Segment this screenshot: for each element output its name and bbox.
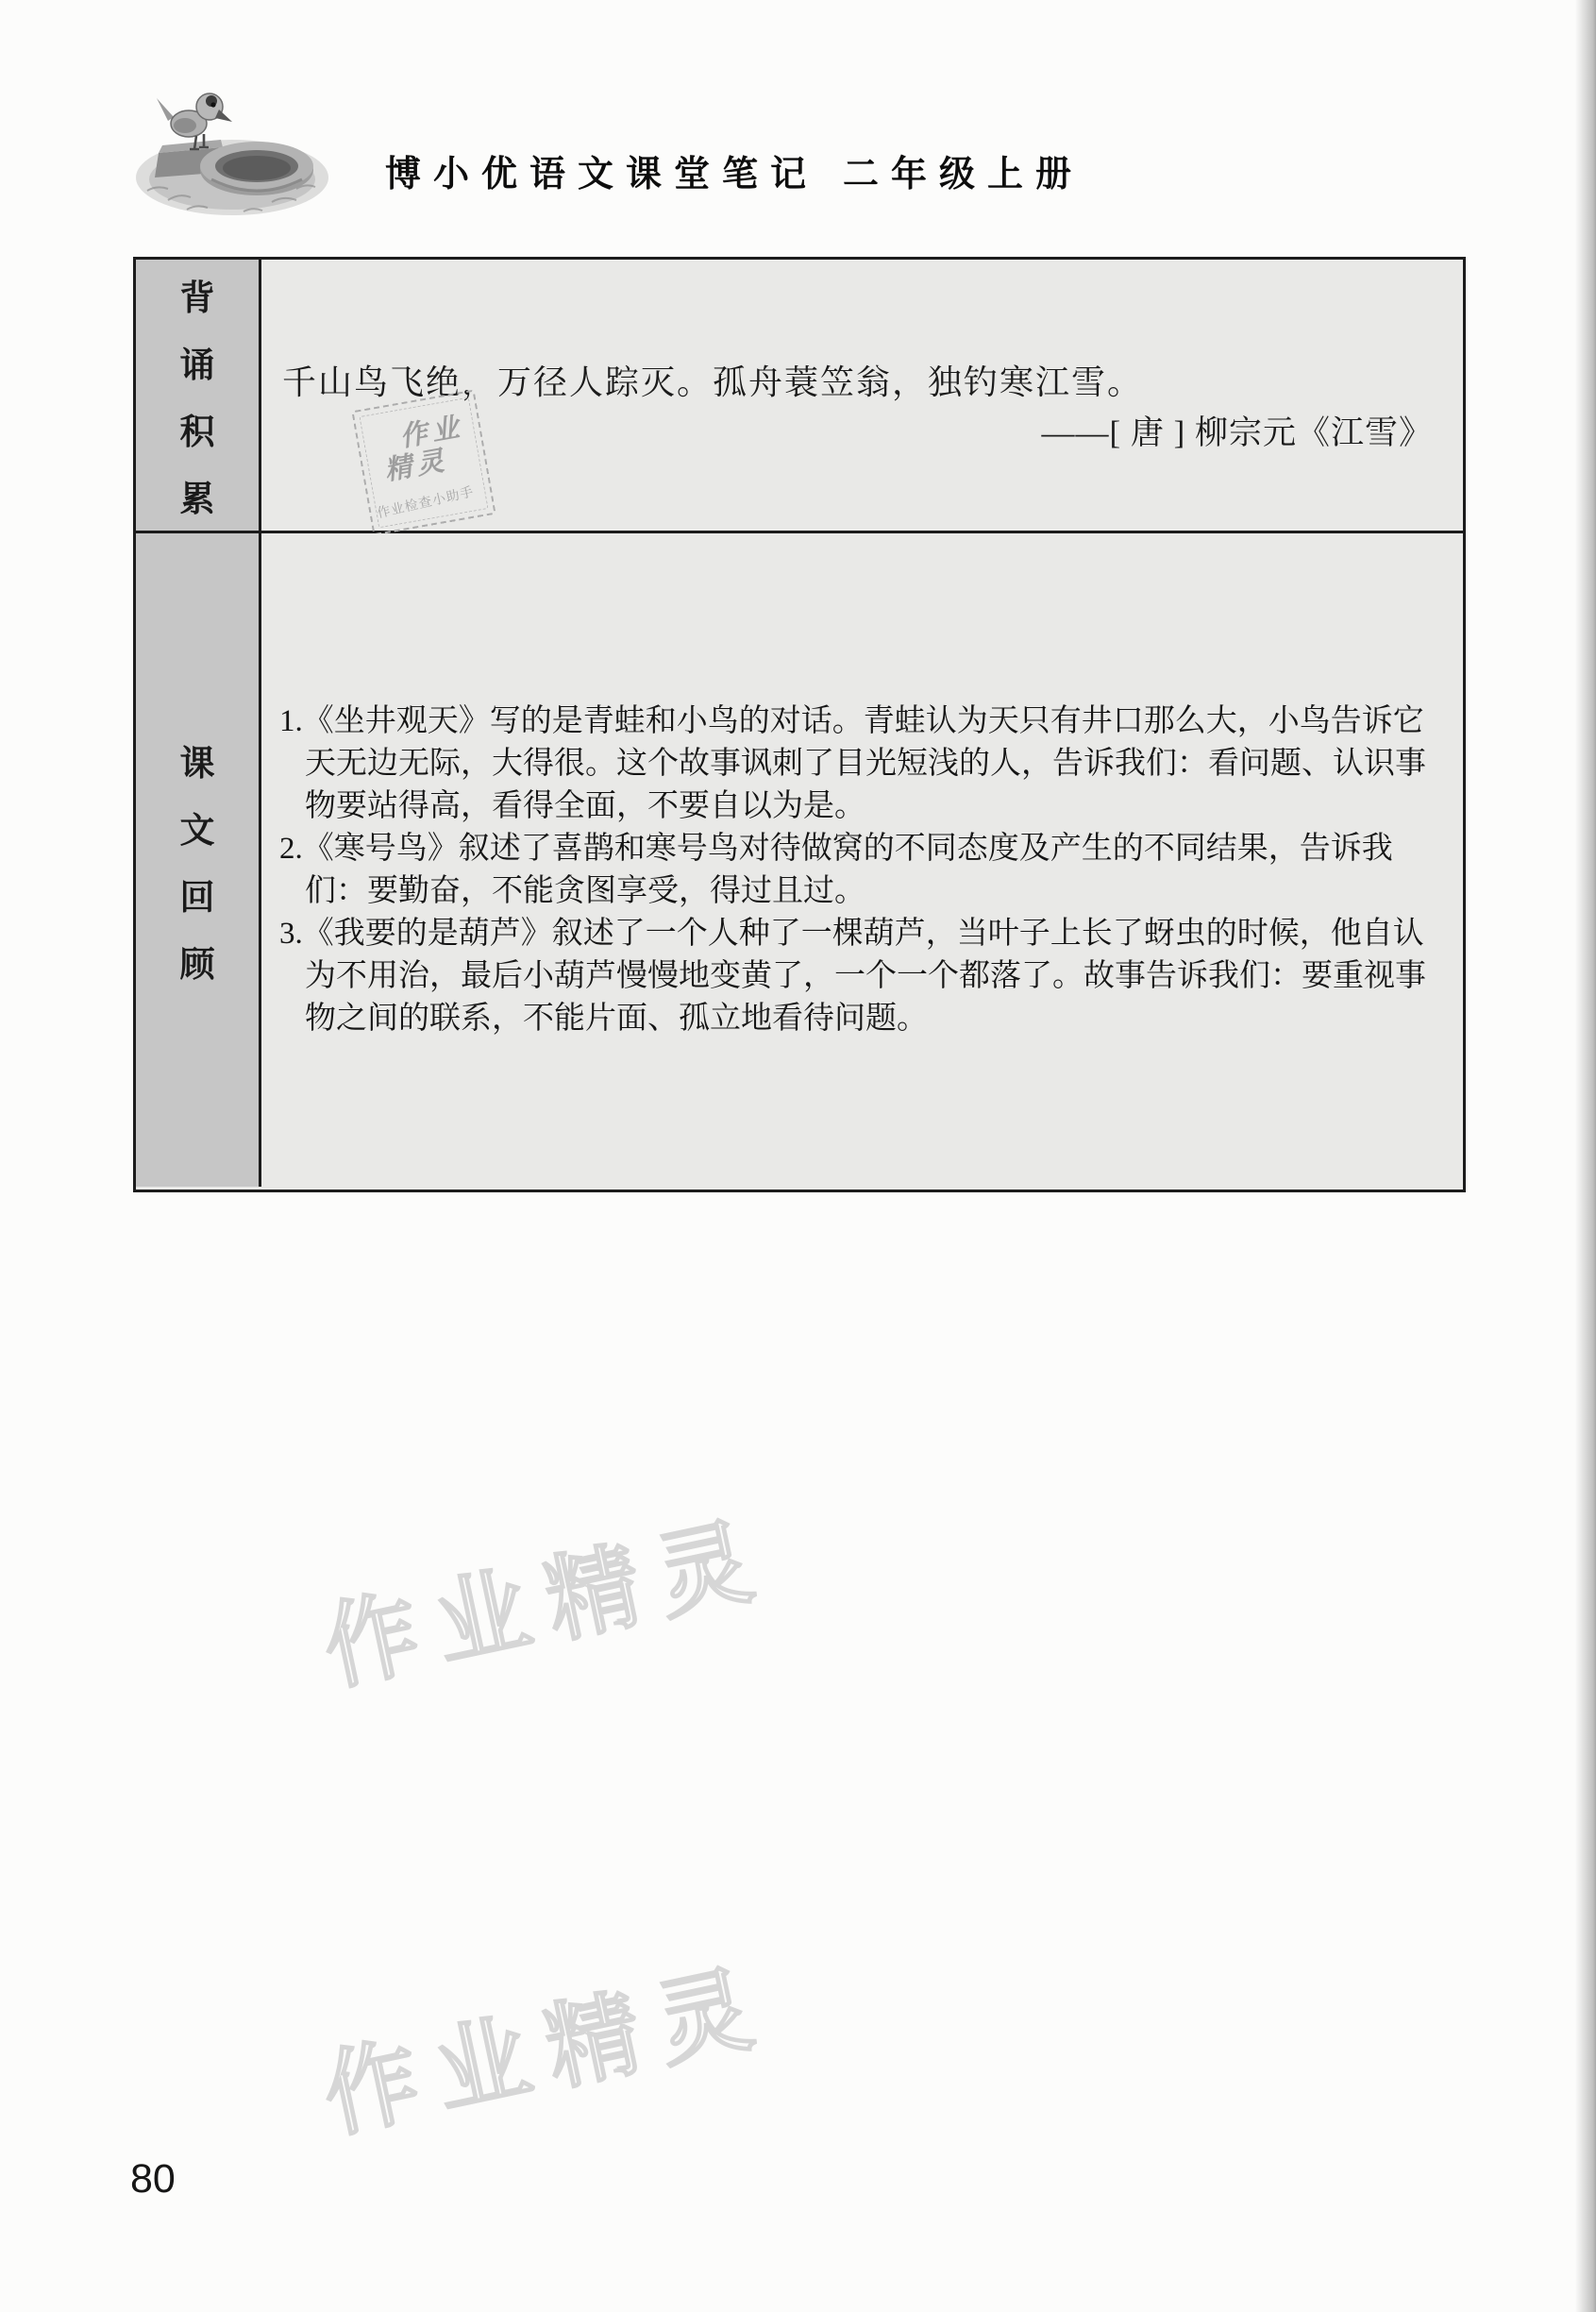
- large-watermark: 作业精灵: [310, 1930, 781, 2157]
- recite-content-cell: 千山鸟飞绝，万径人踪灭。孤舟蓑笠翁，独钓寒江雪。 ——[ 唐 ] 柳宗元《江雪》…: [261, 260, 1463, 533]
- row-header-recite: 背 诵 积 累: [136, 260, 261, 533]
- row-header-char: 顾: [180, 936, 215, 987]
- row-header-char: 文: [180, 802, 215, 852]
- page-title-sub: 二年级上册: [843, 155, 1084, 194]
- page-edge-shadow: [1575, 0, 1596, 2312]
- notes-table: 背 诵 积 累 千山鸟飞绝，万径人踪灭。孤舟蓑笠翁，独钓寒江雪。 ——[ 唐 ]…: [133, 257, 1466, 1192]
- stamp-watermark: 作业 精灵 作业检查小助手: [351, 390, 496, 536]
- page-title: 博小优语文课堂笔记二年级上册: [385, 144, 1084, 196]
- poem-attribution: ——[ 唐 ] 柳宗元《江雪》: [1041, 407, 1433, 454]
- row-header-char: 背: [180, 269, 215, 320]
- scanned-workbook-page: 博小优语文课堂笔记二年级上册 背 诵 积 累 千山鸟飞绝，万径人踪灭。孤舟蓑笠翁…: [0, 0, 1596, 2312]
- lesson-review-item: 3.《我要的是葫芦》叙述了一个人种了一棵葫芦，当叶子上长了蚜虫的时候，他自认为不…: [279, 913, 1446, 1040]
- row-header-char: 诵: [180, 336, 215, 387]
- bird-at-well-icon: [130, 79, 333, 223]
- row-header-review: 课 文 回 顾: [136, 533, 261, 1187]
- lesson-review-item: 1.《坐井观天》写的是青蛙和小鸟的对话。青蛙认为天只有井口那么大，小鸟告诉它天无…: [279, 700, 1446, 828]
- poem-text: 千山鸟飞绝，万径人踪灭。孤舟蓑笠翁，独钓寒江雪。: [282, 356, 1143, 404]
- row-header-char: 课: [180, 734, 215, 785]
- lesson-review-list: 1.《坐井观天》写的是青蛙和小鸟的对话。青蛙认为天只有井口那么大，小鸟告诉它天无…: [279, 700, 1446, 1040]
- lesson-review-item: 2.《寒号鸟》叙述了喜鹊和寒号鸟对待做窝的不同态度及产生的不同结果，告诉我们：要…: [279, 828, 1446, 913]
- large-watermark: 作业精灵: [310, 1482, 781, 1710]
- row-header-char: 累: [180, 470, 215, 521]
- row-header-char: 积: [180, 403, 215, 454]
- row-header-char: 回: [180, 869, 215, 920]
- review-content-cell: 1.《坐井观天》写的是青蛙和小鸟的对话。青蛙认为天只有井口那么大，小鸟告诉它天无…: [261, 533, 1463, 1187]
- page-number: 80: [130, 2156, 176, 2202]
- page-title-main: 博小优语文课堂笔记: [385, 155, 818, 194]
